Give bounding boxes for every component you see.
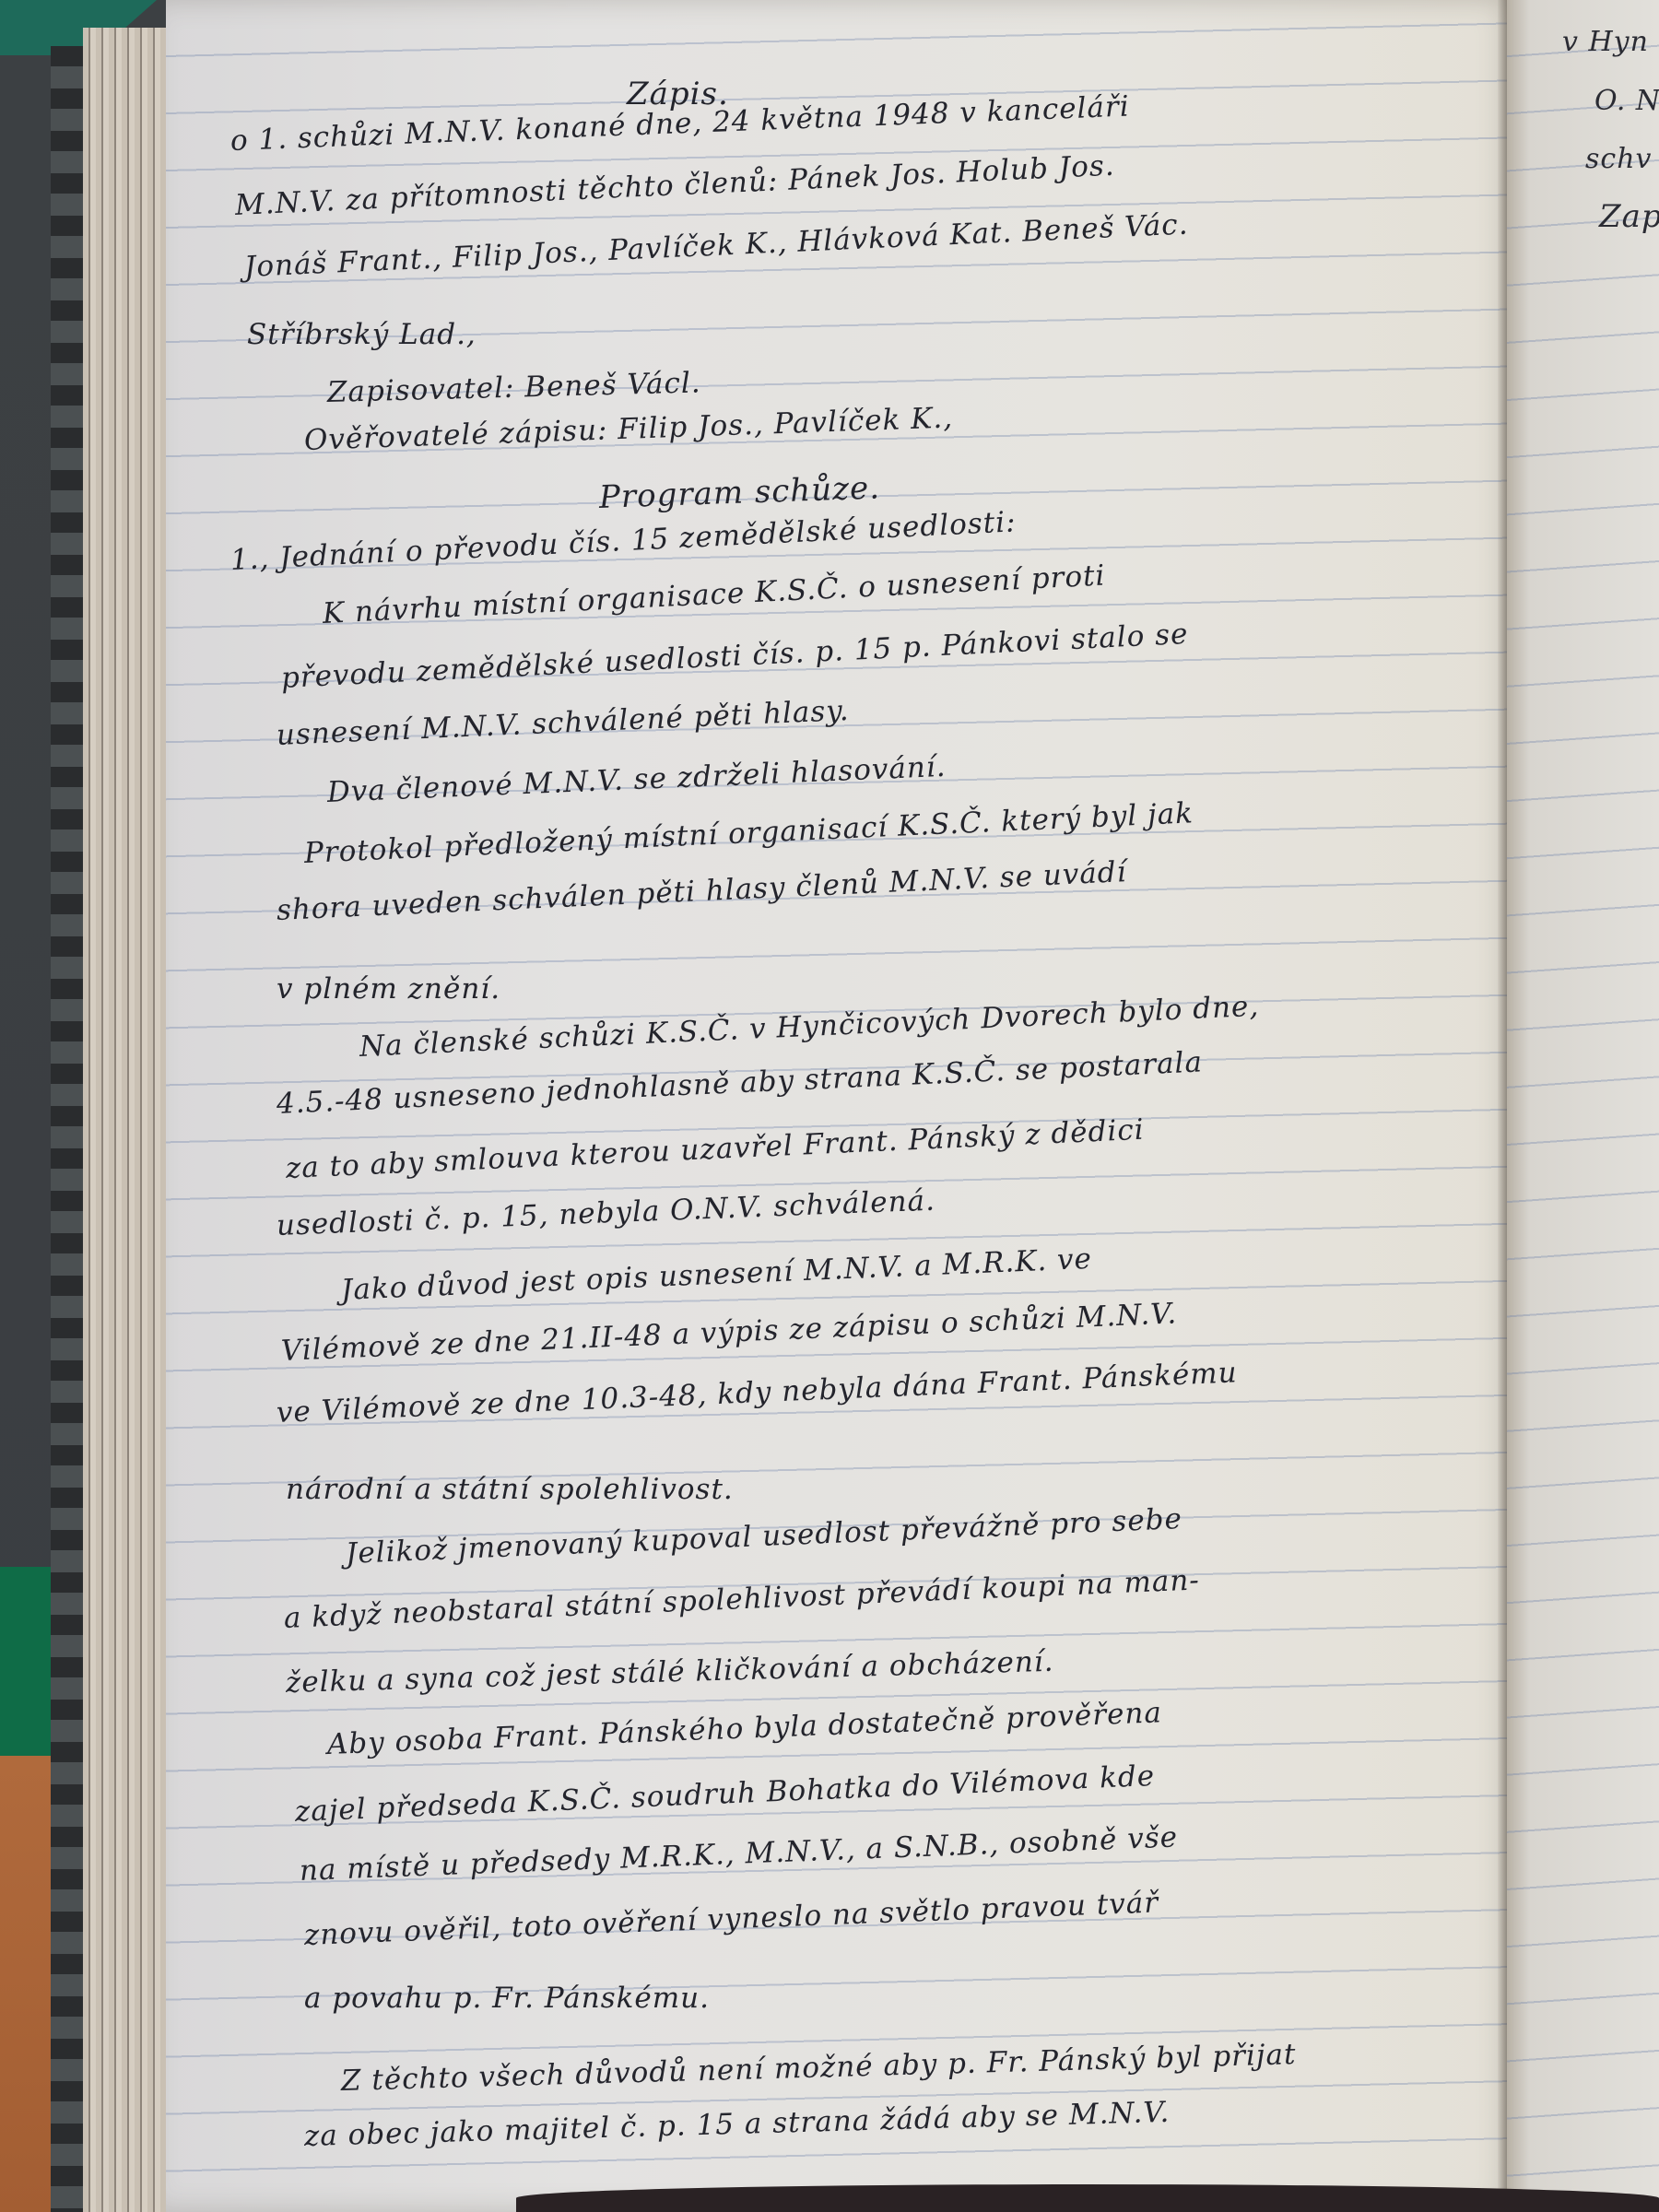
text-line-22: ve Vilémově ze dne 10.3-48, kdy nebyla d… [276,1356,1238,1430]
text-line-25: a když neobstaral státní spolehlivost př… [283,1563,1200,1635]
text-line-21: Vilémově ze dne 21.II-48 a výpis ze zápi… [280,1297,1178,1368]
text-line-11: usnesení M.N.V. schválené pěti hlasy. [276,694,850,752]
text-line-31: a povahu p. Fr. Pánskému. [304,1982,710,2015]
recorder-line: Zapisovatel: Beneš Václ. [327,366,702,409]
text-line-4: Stříbrský Lad., [247,318,477,351]
text-line-32: Z těchto všech důvodů není možné aby p. … [340,2038,1296,2098]
book-binding [51,46,88,2212]
agenda-heading: Program schůze. [598,469,880,516]
text-line-2: M.N.V. za přítomnosti těchto členů: Páne… [234,149,1115,222]
text-line-18: za to aby smlouva kterou uzavřel Frant. … [285,1113,1145,1185]
text-line-14: shora uveden schválen pěti hlasy členů M… [276,855,1127,927]
left-page: Zápis. o 1. schůzi M.N.V. konané dne, 24… [166,0,1521,2212]
text-line-33: za obec jako majitel č. p. 15 a strana ž… [303,2096,1170,2153]
text-line-30: znovu ověřil, toto ověření vyneslo na sv… [303,1886,1159,1952]
right-page-line-4: Zap [1599,198,1659,235]
text-line-10: převodu zemědělské usedlosti čís. p. 15 … [280,618,1189,695]
ruled-lines-right [1507,0,1659,2212]
agenda-item-1: 1., Jednání o převodu čís. 15 zemědělské… [229,505,1017,577]
text-line-26: želku a syna což jest stálé kličkování a… [285,1645,1054,1700]
text-line-19: usedlosti č. p. 15, nebyla O.N.V. schvál… [276,1184,935,1242]
text-line-29: na místě u předsedy M.R.K., M.N.V., a S.… [299,1820,1178,1888]
text-line-12: Dva členové M.N.V. se zdrželi hlasování. [326,750,947,809]
text-line-20: Jako důvod jest opis usnesení M.N.V. a M… [340,1242,1092,1307]
verifiers-line: Ověřovatelé zápisu: Filip Jos., Pavlíček… [303,401,953,457]
book-bottom-shadow [516,2184,1659,2212]
text-line-3: Jonáš Frant., Filip Jos., Pavlíček K., H… [243,208,1189,284]
page-edges [83,28,171,2212]
right-page-line-3: schv [1585,143,1652,175]
photo-scene: Zápis. o 1. schůzi M.N.V. konané dne, 24… [0,0,1659,2212]
right-page-line-2: O. N. [1594,85,1659,117]
right-page: v Hyn O. N. schv Zap [1507,0,1659,2212]
text-line-23: národní a státní spolehlivost. [286,1473,734,1506]
text-line-9: K návrhu místní organisace K.S.Č. o usne… [322,559,1106,629]
text-line-24: Jelikož jmenovaný kupoval usedlost převá… [345,1502,1182,1571]
text-line-28: zajel předseda K.S.Č. soudruh Bohatka do… [294,1759,1156,1829]
right-page-line-1: v Hyn [1562,26,1649,58]
text-line-15: v plném znění. [276,972,500,1006]
text-line-27: Aby osoba Frant. Pánského byla dostatečn… [326,1696,1162,1761]
